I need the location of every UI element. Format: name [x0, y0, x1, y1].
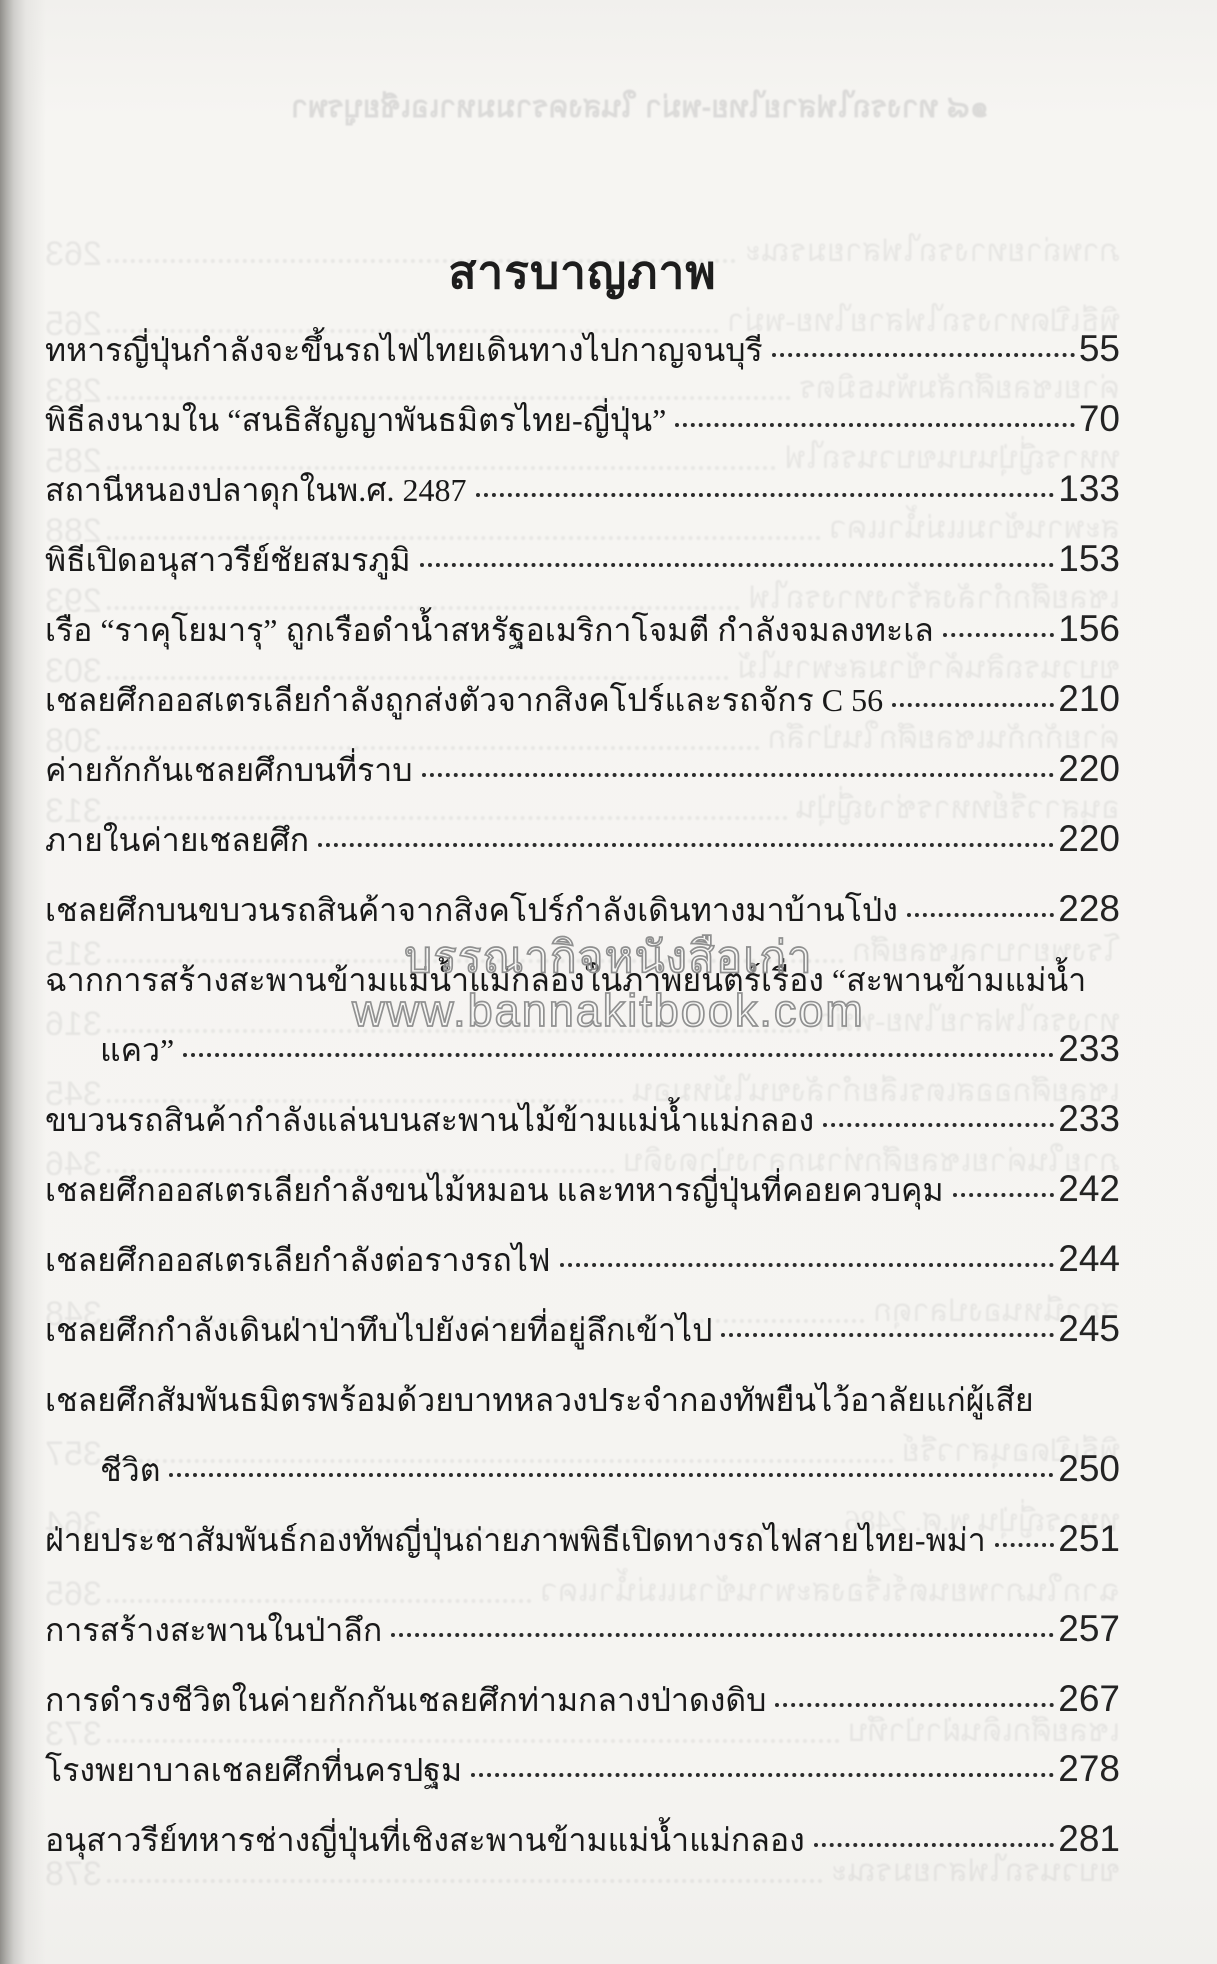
toc-entry-text: การดำรงชีวิตในค่ายกักกันเชลยศึกท่ามกลางป… [45, 1680, 766, 1720]
toc-entry-text: เชลยศึกบนขบวนรถสินค้าจากสิงคโปร์กำลังเดิ… [45, 890, 898, 930]
dot-leader [995, 1543, 1055, 1547]
dot-leader [943, 633, 1055, 637]
dot-leader [476, 493, 1055, 497]
toc-entry-row: เชลยศึกบนขบวนรถสินค้าจากสิงคโปร์กำลังเดิ… [45, 860, 1120, 930]
dot-leader [169, 1473, 1054, 1477]
page-number: 251 [1058, 1520, 1120, 1557]
toc-entry-text: เชลยศึกกำลังเดินฝ่าป่าทึบไปยังค่ายที่อยู… [45, 1310, 712, 1350]
page-number: 220 [1058, 750, 1120, 787]
toc-entry-row: อนุสาวรีย์ทหารช่างญี่ปุ่นที่เชิงสะพานข้า… [45, 1790, 1120, 1860]
page-number: 153 [1058, 540, 1120, 577]
dot-leader [907, 913, 1054, 917]
dot-leader [318, 843, 1054, 847]
page-number: 267 [1058, 1680, 1120, 1717]
toc-entry-text-continued: แคว” [45, 1030, 174, 1070]
toc-entry-text: พิธีเปิดอนุสาวรีย์ชัยสมรภูมิ [45, 540, 411, 580]
toc-entry-text-continued: ชีวิต [45, 1450, 160, 1490]
toc-list: ทหารญี่ปุ่นกำลังจะขึ้นรถไฟไทยเดินทางไปกา… [45, 300, 1120, 1860]
page-number: 281 [1058, 1820, 1120, 1857]
scanned-book-page: ๑๘ ทางรถไฟสายไทย-พม่า ในสงครามมหาเอเชียบ… [0, 0, 1217, 1964]
toc-entry-row-continued: ชีวิต250 [45, 1420, 1120, 1490]
toc-entry-text: พิธีลงนามใน “สนธิสัญญาพันธมิตรไทย-ญี่ปุ่… [45, 400, 666, 440]
toc-entry-row: ฝ่ายประชาสัมพันธ์กองทัพญี่ปุ่นถ่ายภาพพิธ… [45, 1490, 1120, 1560]
page-number: 133 [1058, 470, 1120, 507]
toc-entry-text: ภายในค่ายเชลยศึก [45, 820, 309, 860]
dot-leader [772, 353, 1075, 357]
toc-entry-row: เชลยศึกออสเตรเลียกำลังขนไม้หมอน และทหารญ… [45, 1140, 1120, 1210]
toc-entry-row: ภายในค่ายเชลยศึก220 [45, 790, 1120, 860]
page-number: 257 [1058, 1610, 1120, 1647]
toc-entry-text: เชลยศึกออสเตรเลียกำลังขนไม้หมอน และทหารญ… [45, 1170, 944, 1210]
page-number: 242 [1058, 1170, 1120, 1207]
toc-entry-row: เชลยศึกกำลังเดินฝ่าป่าทึบไปยังค่ายที่อยู… [45, 1280, 1120, 1350]
toc-entry-row: การสร้างสะพานในป่าลึก257 [45, 1580, 1120, 1650]
toc-entry-row-continued: แคว”233 [45, 1000, 1120, 1070]
page-number: 233 [1058, 1100, 1120, 1137]
toc-entry-row: เชลยศึกออสเตรเลียกำลังถูกส่งตัวจากสิงคโป… [45, 650, 1120, 720]
bleedthrough-dot-leader [106, 1879, 822, 1883]
toc-entry-row: เรือ “ราคุโยมารุ” ถูกเรือดำน้ำสหรัฐอเมริ… [45, 580, 1120, 650]
dot-leader [953, 1193, 1055, 1197]
page-number: 156 [1058, 610, 1120, 647]
page-number: 210 [1058, 680, 1120, 717]
dot-leader [420, 563, 1055, 567]
page-number: 250 [1058, 1450, 1120, 1487]
toc-entry-row: พิธีลงนามใน “สนธิสัญญาพันธมิตรไทย-ญี่ปุ่… [45, 370, 1120, 440]
toc-entry-row: เชลยศึกออสเตรเลียกำลังต่อรางรถไฟ244 [45, 1210, 1120, 1280]
dot-leader [675, 423, 1075, 427]
page-number: 220 [1058, 820, 1120, 857]
toc-entry-text: โรงพยาบาลเชลยศึกที่นครปฐม [45, 1750, 462, 1790]
toc-entry-text: เชลยศึกออสเตรเลียกำลังต่อรางรถไฟ [45, 1240, 551, 1280]
dot-leader [560, 1263, 1055, 1267]
toc-entry-text: ฉากการสร้างสะพานข้ามแม่น้ำแม่กลองในภาพยน… [45, 960, 1086, 1000]
page-number: 55 [1079, 330, 1120, 367]
toc-entry-row: ทหารญี่ปุ่นกำลังจะขึ้นรถไฟไทยเดินทางไปกา… [45, 300, 1120, 370]
toc-entry-text: ฝ่ายประชาสัมพันธ์กองทัพญี่ปุ่นถ่ายภาพพิธ… [45, 1520, 986, 1560]
toc-entry-text: เชลยศึกออสเตรเลียกำลังถูกส่งตัวจากสิงคโป… [45, 680, 883, 720]
page-number: 228 [1058, 890, 1120, 927]
toc-entry-row: พิธีเปิดอนุสาวรีย์ชัยสมรภูมิ153 [45, 510, 1120, 580]
dot-leader [471, 1773, 1054, 1777]
toc-entry-row: สถานีหนองปลาดุกในพ.ศ. 2487133 [45, 440, 1120, 510]
toc-entry-text: เชลยศึกสัมพันธมิตรพร้อมด้วยบาทหลวงประจำก… [45, 1380, 1034, 1420]
dot-leader [391, 1633, 1054, 1637]
toc-entry-text: ค่ายกักกันเชลยศึกบนที่ราบ [45, 750, 413, 790]
bleedthrough-header: ๑๘ ทางรถไฟสายไทย-พม่า ในสงครามมหาเอเชียบ… [260, 84, 1020, 128]
toc-entry-row: ฉากการสร้างสะพานข้ามแม่น้ำแม่กลองในภาพยน… [45, 930, 1120, 1000]
dot-leader [775, 1703, 1054, 1707]
toc-entry-row: โรงพยาบาลเชลยศึกที่นครปฐม278 [45, 1720, 1120, 1790]
toc-entry-row: ค่ายกักกันเชลยศึกบนที่ราบ220 [45, 720, 1120, 790]
page-number: 244 [1058, 1240, 1120, 1277]
page-number: 70 [1079, 400, 1120, 437]
dot-leader [183, 1053, 1054, 1057]
page-number: 278 [1058, 1750, 1120, 1787]
dot-leader [422, 773, 1055, 777]
toc-entry-row: เชลยศึกสัมพันธมิตรพร้อมด้วยบาทหลวงประจำก… [45, 1350, 1120, 1420]
dot-leader [814, 1843, 1055, 1847]
page-left-edge-shadow [0, 0, 46, 1964]
toc-entry-text: สถานีหนองปลาดุกในพ.ศ. 2487 [45, 470, 467, 510]
toc-entry-text: อนุสาวรีย์ทหารช่างญี่ปุ่นที่เชิงสะพานข้า… [45, 1820, 805, 1860]
toc-entry-text: การสร้างสะพานในป่าลึก [45, 1610, 382, 1650]
page-title: สารบาญภาพ [45, 236, 1120, 309]
toc-entry-row: การดำรงชีวิตในค่ายกักกันเชลยศึกท่ามกลางป… [45, 1650, 1120, 1720]
dot-leader [892, 703, 1054, 707]
toc-entry-text: ทหารญี่ปุ่นกำลังจะขึ้นรถไฟไทยเดินทางไปกา… [45, 330, 763, 370]
bleedthrough-page-number: 378 [45, 1857, 102, 1891]
toc-entry-text: เรือ “ราคุโยมารุ” ถูกเรือดำน้ำสหรัฐอเมริ… [45, 610, 934, 650]
toc-entry-row: ขบวนรถสินค้ากำลังแล่นบนสะพานไม้ข้ามแม่น้… [45, 1070, 1120, 1140]
dot-leader [823, 1123, 1054, 1127]
dot-leader [721, 1333, 1054, 1337]
page-number: 233 [1058, 1030, 1120, 1067]
page-number: 245 [1058, 1310, 1120, 1347]
toc-entry-text: ขบวนรถสินค้ากำลังแล่นบนสะพานไม้ข้ามแม่น้… [45, 1100, 814, 1140]
